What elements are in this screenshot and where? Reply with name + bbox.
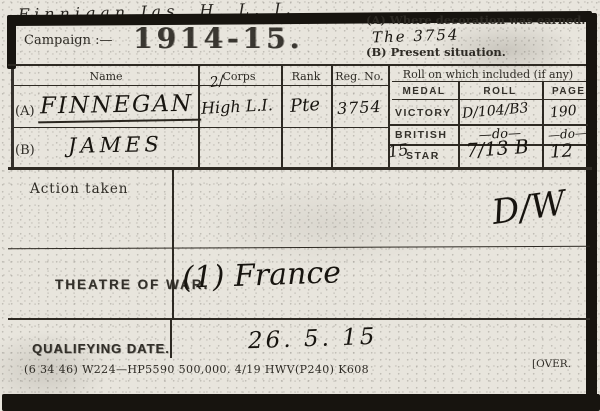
- roll-col-header: ROLL: [460, 86, 540, 97]
- page-col-header: PAGE: [552, 86, 586, 97]
- medal-victory-label: VICTORY: [395, 107, 452, 119]
- medal-title-underline: [392, 81, 586, 82]
- medal-header-underline: [392, 99, 586, 100]
- printer-code: (6 34 46) W224—HP5590 500,000. 4/19 HWV(…: [24, 363, 369, 376]
- card-border-bottom: [2, 394, 600, 411]
- card-paper: Finnigan Jas. H. L. I. Campaign :— 1914-…: [0, 0, 600, 411]
- star-roll-handwriting: 7/13 B: [465, 136, 529, 162]
- card-border-left-blob: [7, 15, 16, 69]
- surname-handwriting: FINNEGAN: [38, 91, 202, 124]
- victory-page-handwriting: 190: [549, 103, 577, 122]
- rule-under-theatre: [8, 318, 590, 320]
- col-header-reg-no: Reg. No.: [332, 70, 387, 83]
- card-border-right: [586, 13, 597, 398]
- action-section-divider: [172, 170, 174, 247]
- victory-roll-handwriting: D/104/B3: [461, 100, 529, 122]
- theatre-handwriting: (1) France: [181, 255, 341, 296]
- corps-handwriting: High L.I.: [201, 95, 274, 118]
- qualifying-date-label: QUALIFYING DATE.: [32, 341, 170, 356]
- campaign-label: Campaign :—: [24, 33, 112, 48]
- rule-under-header: [8, 64, 586, 66]
- over-note: [OVER.: [532, 358, 571, 370]
- rule-under-tables: [8, 167, 592, 170]
- medal-row-divider-1: [388, 124, 588, 126]
- action-note-handwriting: D/W: [490, 183, 569, 233]
- rank-handwriting: Pte: [289, 94, 320, 117]
- medal-table-title: Roll on which included (if any): [390, 68, 586, 81]
- note-b-label: (B) Present situation.: [366, 45, 506, 59]
- corps-prefix-handwriting: 2/: [209, 73, 225, 91]
- qualifying-section-divider: [170, 318, 172, 358]
- star-page-handwriting: 12: [549, 140, 573, 163]
- forename-handwriting: JAMES: [68, 132, 163, 158]
- action-taken-label: Action taken: [30, 181, 129, 197]
- row-b-label: (B): [15, 143, 35, 158]
- note-a-handwriting: The 3754: [372, 25, 460, 46]
- campaign-value-stamp: 1914-15.: [133, 22, 303, 55]
- qualifying-date-handwriting: 26. 5. 15: [248, 324, 378, 355]
- theatre-section-divider: [172, 247, 174, 318]
- col-header-name: Name: [56, 70, 156, 83]
- rule-under-action: [8, 246, 590, 250]
- medal-col-header: MEDAL: [390, 86, 458, 97]
- service-row-divider: [14, 127, 388, 128]
- card-border-left-line: [11, 67, 14, 169]
- service-header-underline: [14, 85, 388, 86]
- col-header-rank: Rank: [282, 70, 330, 83]
- medal-star-label: STAR: [406, 150, 440, 162]
- note-a-label: (A) Where decoration was earned.: [366, 13, 585, 27]
- reg-no-handwriting: 3754: [337, 97, 383, 118]
- scanned-medal-index-card: Finnigan Jas. H. L. I. Campaign :— 1914-…: [0, 0, 600, 411]
- row-a-label: (A): [15, 104, 35, 119]
